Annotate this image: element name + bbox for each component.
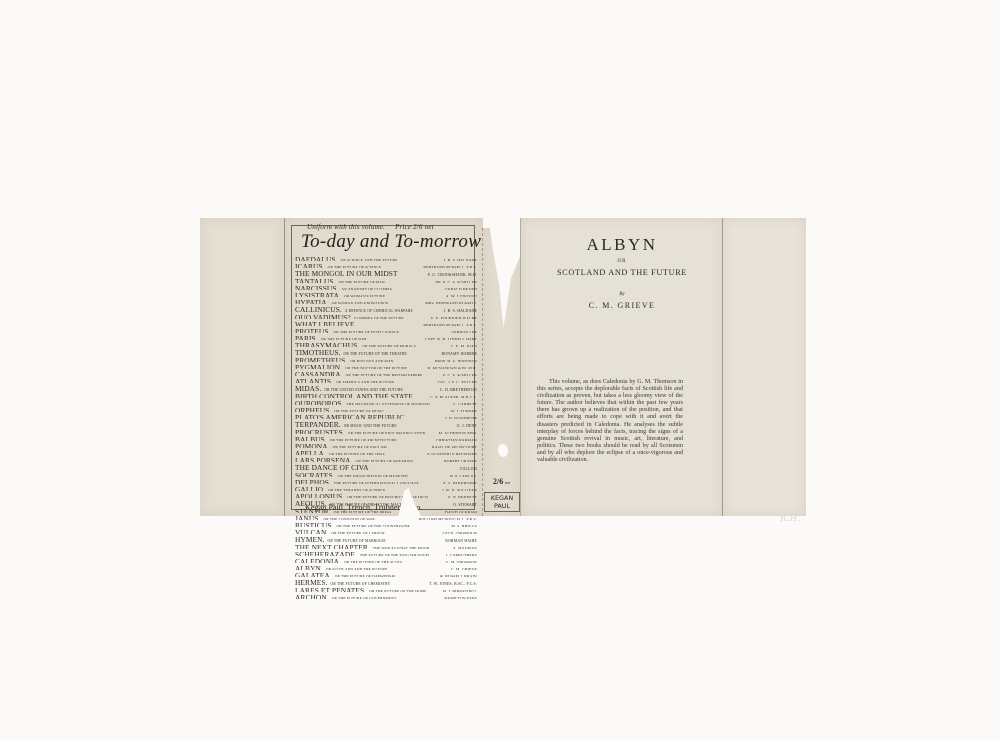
list-item: WHAT I BELIEVEBertrand Russell, F.R.S. — [295, 319, 477, 326]
paper-hole — [498, 444, 508, 457]
list-item-left: CALEDONIA,or the Future of the Scots — [295, 556, 402, 563]
list-item: GALATEA,or the Future of DarwinismW. Rus… — [295, 570, 477, 577]
list-item-author: E. N. Bennett — [448, 495, 477, 498]
list-item-left: JANUS,or the Conquest of War — [295, 513, 375, 520]
list-item-left: GALLIO,or the Tyranny of Science — [295, 484, 386, 491]
list-item-left: DAEDALUS,or Science and the Future — [295, 254, 398, 261]
list-item-left: VULCAN,or the Future of Labour — [295, 527, 385, 534]
list-item-author: C. P. Blacker, M.R.C.S. — [430, 395, 477, 398]
list-item-left: ALBYN,or Scotland and the Future — [295, 563, 387, 570]
blurb-text: This volume, as does Caledonia by G. M. … — [537, 379, 683, 464]
list-item: PROMETHEUS,or Biology and ManProf. H. S.… — [295, 355, 477, 362]
list-item-author: R. McNair Wilson, M.B. — [428, 366, 477, 369]
uniform-text: Uniform with this volume. — [307, 223, 385, 231]
list-item-left: PROCRUSTES,or the Future of English Educ… — [295, 427, 426, 434]
spine-price: 2/6 net — [493, 477, 510, 486]
list-item-title: ARCHON, — [295, 593, 329, 599]
list-item-left: LYSISTRATA,or Woman's Future — [295, 290, 385, 297]
list-item: HYMEN,or the Future of MarriageNorman Ha… — [295, 534, 477, 541]
list-item-left: THE MONGOL IN OUR MIDST — [295, 268, 401, 275]
list-item-left: ORPHEUS,or the Future of Music — [295, 405, 384, 412]
right-flap — [722, 218, 806, 516]
list-item-author: Norman Haire — [445, 538, 477, 541]
spine-price-net: net — [505, 480, 510, 485]
list-item: LYSISTRATA,or Woman's FutureA. M. Ludovi… — [295, 290, 477, 297]
list-item-author: W. Russell Brain — [440, 574, 477, 577]
list-item: RUSTICUS,or the Future of the Countrysid… — [295, 520, 477, 527]
list-item-left: DELPHOS,the Future of International Lang… — [295, 477, 419, 484]
list-item: THRASYMACHUS,or the Future of MoralsC. E… — [295, 340, 477, 347]
spine-price-value: 2/6 — [493, 477, 503, 486]
list-item: LARS PORSENA,or the Future of SwearingRo… — [295, 455, 477, 462]
list-item-left: THRASYMACHUS,or the Future of Morals — [295, 340, 416, 347]
list-item: PARIS,or the Future of WarCapt. B. H. Li… — [295, 333, 477, 340]
list-item-author: C. M. Grieve — [451, 567, 477, 570]
list-item-author: H. F. Carlill — [450, 474, 477, 477]
list-item: MIDAS,or the United States and the Futur… — [295, 383, 477, 390]
list-item: ORPHEUS,or the Future of MusicW. J. Turn… — [295, 405, 477, 412]
list-item: CALLINICUS,a Defence of Chemical Warfare… — [295, 304, 477, 311]
list-item-author: Hamilton Fyfe — [444, 596, 477, 599]
list-item: LARES ET PENATES,or the Future of the Ho… — [295, 585, 477, 592]
list-item: CASSANDRA,or the Future of the British E… — [295, 369, 477, 376]
list-item-left: BALBUS,or the Future of Architecture — [295, 434, 397, 441]
list-item-left: POMONA,or the Future of English — [295, 441, 387, 448]
list-item-author: E. E. Fournier d'Albe — [431, 316, 477, 319]
list-item-left: ICARUS,or the Future of Science — [295, 261, 382, 268]
list-item: BIRTH CONTROL AND THE STATEC. P. Blacker… — [295, 391, 477, 398]
list-item: PROTEUS,or the Future of IntelligenceVer… — [295, 326, 477, 333]
title-or: OR — [521, 259, 723, 264]
list-item-left: LARES ET PENATES,or the Future of the Ho… — [295, 585, 427, 592]
list-item-left: SCHEHERAZADE,the Future of the English N… — [295, 549, 431, 556]
list-item-author: Bertrand Russell, F.R.S. — [423, 265, 477, 268]
list-item-left: MIDAS,or the United States and the Futur… — [295, 383, 403, 390]
list-item-subtitle: Glimpses of the Future — [354, 317, 404, 319]
list-item: VULCAN,or the Future of LabourCecil Chis… — [295, 527, 477, 534]
list-item-author: M. Alderton Pink — [439, 431, 477, 434]
list-item-author: T. W. Jones, B.Sc., F.C.S. — [429, 581, 477, 584]
list-item: QUO VADIMUS?Glimpses of the FutureE. E. … — [295, 312, 477, 319]
list-item-left: PYGMALION,or the Doctor of the Future — [295, 362, 407, 369]
list-item-author: A. Maurois — [453, 546, 477, 549]
by-line: By — [521, 292, 723, 297]
list-item: CALEDONIA,or the Future of the ScotsG. M… — [295, 556, 477, 563]
list-item-author: J. B. S. Haldane — [444, 258, 477, 261]
list-item: POMONA,or the Future of EnglishBasil de … — [295, 441, 477, 448]
list-item-left: CASSANDRA,or the Future of the British E… — [295, 369, 423, 376]
book-title: ALBYN — [521, 235, 723, 255]
list-item-left: HYPATIA,or Woman and Knowledge — [295, 297, 389, 304]
list-item-author: W. J. Turner — [451, 409, 477, 412]
list-item: APOLLONIUS,or the Future of Psychical Re… — [295, 491, 477, 498]
left-flap — [200, 218, 284, 516]
list-item-left: TANTALUS,or the Future of Man — [295, 276, 385, 283]
list-item-author: G. M. Thomson — [446, 560, 477, 563]
list-item: SCHEHERAZADE,the Future of the English N… — [295, 549, 477, 556]
list-item-author: J. Carruthers — [446, 553, 477, 556]
list-item-author: F. G. Crookshank, M.D. — [428, 272, 477, 275]
front-cover: ALBYN OR SCOTLAND AND THE FUTURE By C. M… — [520, 218, 723, 516]
list-item-author: Bertrand Russell, F.R.S. — [423, 323, 477, 326]
list-item-left: ATLANTIS,or America and the Future — [295, 376, 394, 383]
list-item-author: M. S. Briggs — [451, 524, 477, 527]
list-item-left: NARCISSUS,an Anatomy of Clothes — [295, 283, 392, 290]
series-title: To-day and To-morrow — [301, 231, 481, 253]
list-item: ALBYN,or Scotland and the FutureC. M. Gr… — [295, 563, 477, 570]
list-item-left: PARIS,or the Future of War — [295, 333, 367, 340]
list-item: APELLA,or the Future of the JewsA Quarte… — [295, 448, 477, 455]
list-item-author: H. J. Birnstingl — [443, 589, 477, 592]
list-item-author: Christian Barman — [436, 438, 477, 441]
list-item-author: Mrs. Bertrand Russell — [425, 301, 477, 304]
list-item-author: Vernon Lee — [451, 330, 477, 333]
list-item-author: Col. J. F. C. Fuller — [438, 380, 477, 383]
list-item-left: THE NEXT CHAPTER,the War against the Moo… — [295, 542, 430, 549]
list-item-author: J. W. N. Sullivan — [442, 488, 477, 491]
list-item-left: LARS PORSENA,or the Future of Swearing — [295, 455, 414, 462]
list-item-author: Prof. H. S. Jennings — [435, 359, 477, 362]
list-item-author: Collum — [460, 466, 477, 469]
list-item: OUROBOROS,the Mechanical Extension of Ma… — [295, 398, 477, 405]
list-item: JANUS,or the Conquest of WarWilliam McDo… — [295, 513, 477, 520]
list-item-author: Gerald Heard — [445, 287, 477, 290]
list-item: THE DANCE OF CIVACollum — [295, 462, 477, 469]
list-item-left: BIRTH CONTROL AND THE STATE — [295, 391, 416, 398]
list-item-left: QUO VADIMUS?Glimpses of the Future — [295, 312, 404, 319]
list-item-left: TERPANDER,or Music and the Future — [295, 419, 397, 426]
list-item: ATLANTIS,or America and the FutureCol. J… — [295, 376, 477, 383]
list-item-left: APELLA,or the Future of the Jews — [295, 448, 385, 455]
book-jacket: Uniform with this volume. Price 2/6 net … — [0, 0, 1000, 740]
series-title-list: DAEDALUS,or Science and the FutureJ. B. … — [295, 254, 477, 599]
artist-signature: R.H. — [780, 514, 800, 524]
list-item-subtitle: or the Future of Government — [332, 597, 397, 599]
list-item: PROCRUSTES,or the Future of English Educ… — [295, 427, 477, 434]
list-item: THE NEXT CHAPTER,the War against the Moo… — [295, 542, 477, 549]
list-item-left: ARCHON,or the Future of Government — [295, 592, 396, 599]
spine-publisher: KEGAN PAUL — [484, 492, 520, 512]
list-item-left: WHAT I BELIEVE — [295, 319, 358, 326]
list-item: DAEDALUS,or Science and the FutureJ. B. … — [295, 254, 477, 261]
list-item: HYPATIA,or Woman and KnowledgeMrs. Bertr… — [295, 297, 477, 304]
list-item: PLATO'S AMERICAN REPUBLICJ. D. Woodruff — [295, 412, 477, 419]
list-item-author: Cecil Chisholm — [443, 531, 477, 534]
price-text: Price 2/6 net — [395, 223, 434, 231]
list-item-author: A. M. Ludovici — [446, 294, 477, 297]
list-item: THE MONGOL IN OUR MIDSTF. G. Crookshank,… — [295, 268, 477, 275]
list-item-left: SOCRATES,or the Emancipation of Mankind — [295, 470, 408, 477]
list-item-left: CALLINICUS,a Defence of Chemical Warfare — [295, 304, 413, 311]
list-item-left: PLATO'S AMERICAN REPUBLIC — [295, 412, 407, 419]
list-item: TANTALUS,or the Future of ManDr. F. C. S… — [295, 276, 477, 283]
list-item-author: Capt. B. H. Liddell Hart — [425, 337, 477, 340]
list-item-left: RUSTICUS,or the Future of the Countrysid… — [295, 520, 410, 527]
uniform-line: Uniform with this volume. Price 2/6 net — [307, 223, 434, 231]
list-item: ARCHON,or the Future of GovernmentHamilt… — [295, 592, 477, 599]
list-item-author: C. H. Bretherton — [440, 387, 477, 390]
list-item: NARCISSUS,an Anatomy of ClothesGerald He… — [295, 283, 477, 290]
list-item-author: G. Garrett — [453, 402, 477, 405]
list-item-author: J. B. S. Haldane — [444, 308, 477, 311]
list-item-left: PROTEUS,or the Future of Intelligence — [295, 326, 399, 333]
list-item-author: E. J. Dent — [457, 423, 477, 426]
list-item: TERPANDER,or Music and the FutureE. J. D… — [295, 419, 477, 426]
list-item-left: OUROBOROS,the Mechanical Extension of Ma… — [295, 398, 430, 405]
list-item-author: William McDougall, F.R.S. — [419, 517, 477, 520]
list-item: TIMOTHEUS,or the Future of the TheatreBo… — [295, 347, 477, 354]
list-item-left: GALATEA,or the Future of Darwinism — [295, 570, 395, 577]
list-item-author: Robert Graves — [444, 459, 477, 462]
list-item-author: Basil de Selincourt — [432, 445, 477, 448]
list-item-author: Bonamy Dobree — [442, 351, 477, 354]
list-item: BALBUS,or the Future of ArchitectureChri… — [295, 434, 477, 441]
list-item: DELPHOS,the Future of International Lang… — [295, 477, 477, 484]
list-item-left: PROMETHEUS,or Biology and Man — [295, 355, 394, 362]
back-cover: Uniform with this volume. Price 2/6 net … — [284, 218, 483, 516]
list-item: HERMES,or the Future of ChemistryT. W. J… — [295, 577, 477, 584]
list-item-left: THE DANCE OF CIVA — [295, 462, 372, 469]
list-item-left: TIMOTHEUS,or the Future of the Theatre — [295, 347, 407, 354]
list-item-author: A Quarterly Reviewer — [427, 452, 477, 455]
book-author: C. M. GRIEVE — [521, 301, 723, 310]
list-item-left: HYMEN,or the Future of Marriage — [295, 534, 386, 541]
list-item: GALLIO,or the Tyranny of ScienceJ. W. N.… — [295, 484, 477, 491]
list-item-author: Dr. F. C. S. Schiller — [435, 280, 477, 283]
list-item-author: E. S. Pankhurst — [443, 481, 477, 484]
book-subtitle: SCOTLAND AND THE FUTURE — [521, 268, 723, 277]
list-item: SOCRATES,or the Emancipation of MankindH… — [295, 470, 477, 477]
list-item-author: J. D. Woodruff — [445, 416, 477, 419]
list-item: PYGMALION,or the Doctor of the FutureR. … — [295, 362, 477, 369]
list-item-author: F. C. S. Schiller — [443, 373, 477, 376]
list-item: ICARUS,or the Future of ScienceBertrand … — [295, 261, 477, 268]
list-item-left: HERMES,or the Future of Chemistry — [295, 577, 390, 584]
list-item-author: C. E. M. Joad — [451, 344, 477, 347]
